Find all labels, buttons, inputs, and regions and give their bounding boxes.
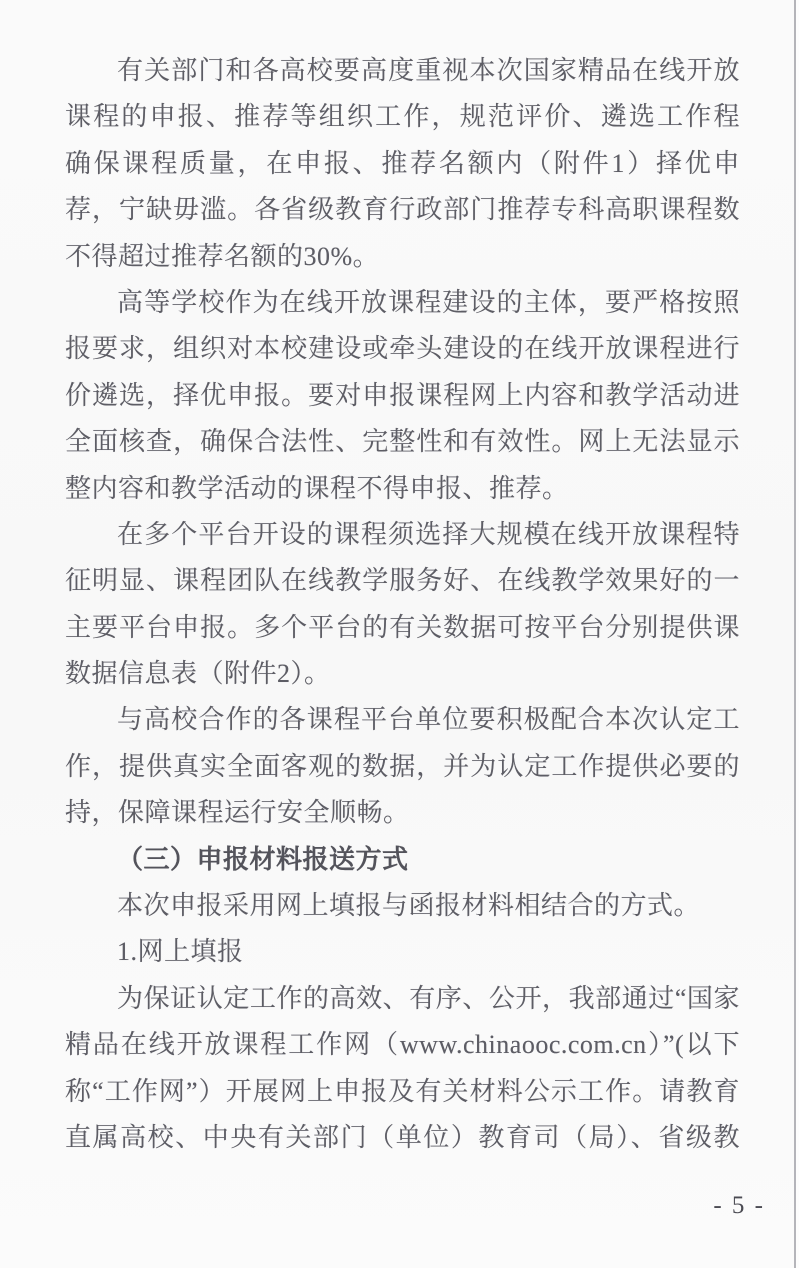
text-line: 高等学校作为在线开放课程建设的主体，要严格按照申 <box>65 280 740 326</box>
text-line: 持，保障课程运行安全顺畅。 <box>65 790 740 836</box>
text-line: 主要平台申报。多个平台的有关数据可按平台分别提供课程 <box>65 605 740 651</box>
text-line: 作，提供真实全面客观的数据，并为认定工作提供必要的支 <box>65 744 740 790</box>
text-line: 课程的申报、推荐等组织工作，规范评价、遴选工作程序， <box>65 94 740 140</box>
text-line: 不得超过推荐名额的30%。 <box>65 234 740 280</box>
text-line: 整内容和教学活动的课程不得申报、推荐。 <box>65 466 740 512</box>
text-line: 全面核查，确保合法性、完整性和有效性。网上无法显示完 <box>65 419 740 465</box>
text-line: 直属高校、中央有关部门（单位）教育司（局）、省级教育行 <box>65 1115 740 1161</box>
page-number: - 5 - <box>713 1192 765 1220</box>
text-line: 确保课程质量，在申报、推荐名额内（附件1）择优申报、推 <box>65 141 740 187</box>
text-line: 数据信息表（附件2）。 <box>65 651 740 697</box>
text-line: 荐，宁缺毋滥。各省级教育行政部门推荐专科高职课程数量 <box>65 187 740 233</box>
text-line: 与高校合作的各课程平台单位要积极配合本次认定工 <box>65 697 740 743</box>
text-line: 本次申报采用网上填报与函报材料相结合的方式。 <box>65 883 740 929</box>
text-line: 报要求，组织对本校建设或牵头建设的在线开放课程进行评 <box>65 326 740 372</box>
text-line: 称“工作网”）开展网上申报及有关材料公示工作。请教育部 <box>65 1069 740 1115</box>
text-line: 有关部门和各高校要高度重视本次国家精品在线开放 <box>65 48 740 94</box>
section-heading: （三）申报材料报送方式 <box>65 837 740 883</box>
text-line: 为保证认定工作的高效、有序、公开，我部通过“国家 <box>65 976 740 1022</box>
scan-edge-line <box>794 0 796 1268</box>
text-line: 在多个平台开设的课程须选择大规模在线开放课程特 <box>65 512 740 558</box>
text-line-with-url: 精品在线开放课程工作网（www.chinaooc.com.cn）”(以下简 <box>65 1022 740 1068</box>
text-line: 征明显、课程团队在线教学服务好、在线教学效果好的一个 <box>65 558 740 604</box>
scanned-document-page: 有关部门和各高校要高度重视本次国家精品在线开放 课程的申报、推荐等组织工作，规范… <box>0 0 799 1268</box>
document-body: 有关部门和各高校要高度重视本次国家精品在线开放 课程的申报、推荐等组织工作，规范… <box>65 48 740 1161</box>
list-item-heading: 1.网上填报 <box>65 929 740 975</box>
text-line: 价遴选，择优申报。要对申报课程网上内容和教学活动进行 <box>65 373 740 419</box>
